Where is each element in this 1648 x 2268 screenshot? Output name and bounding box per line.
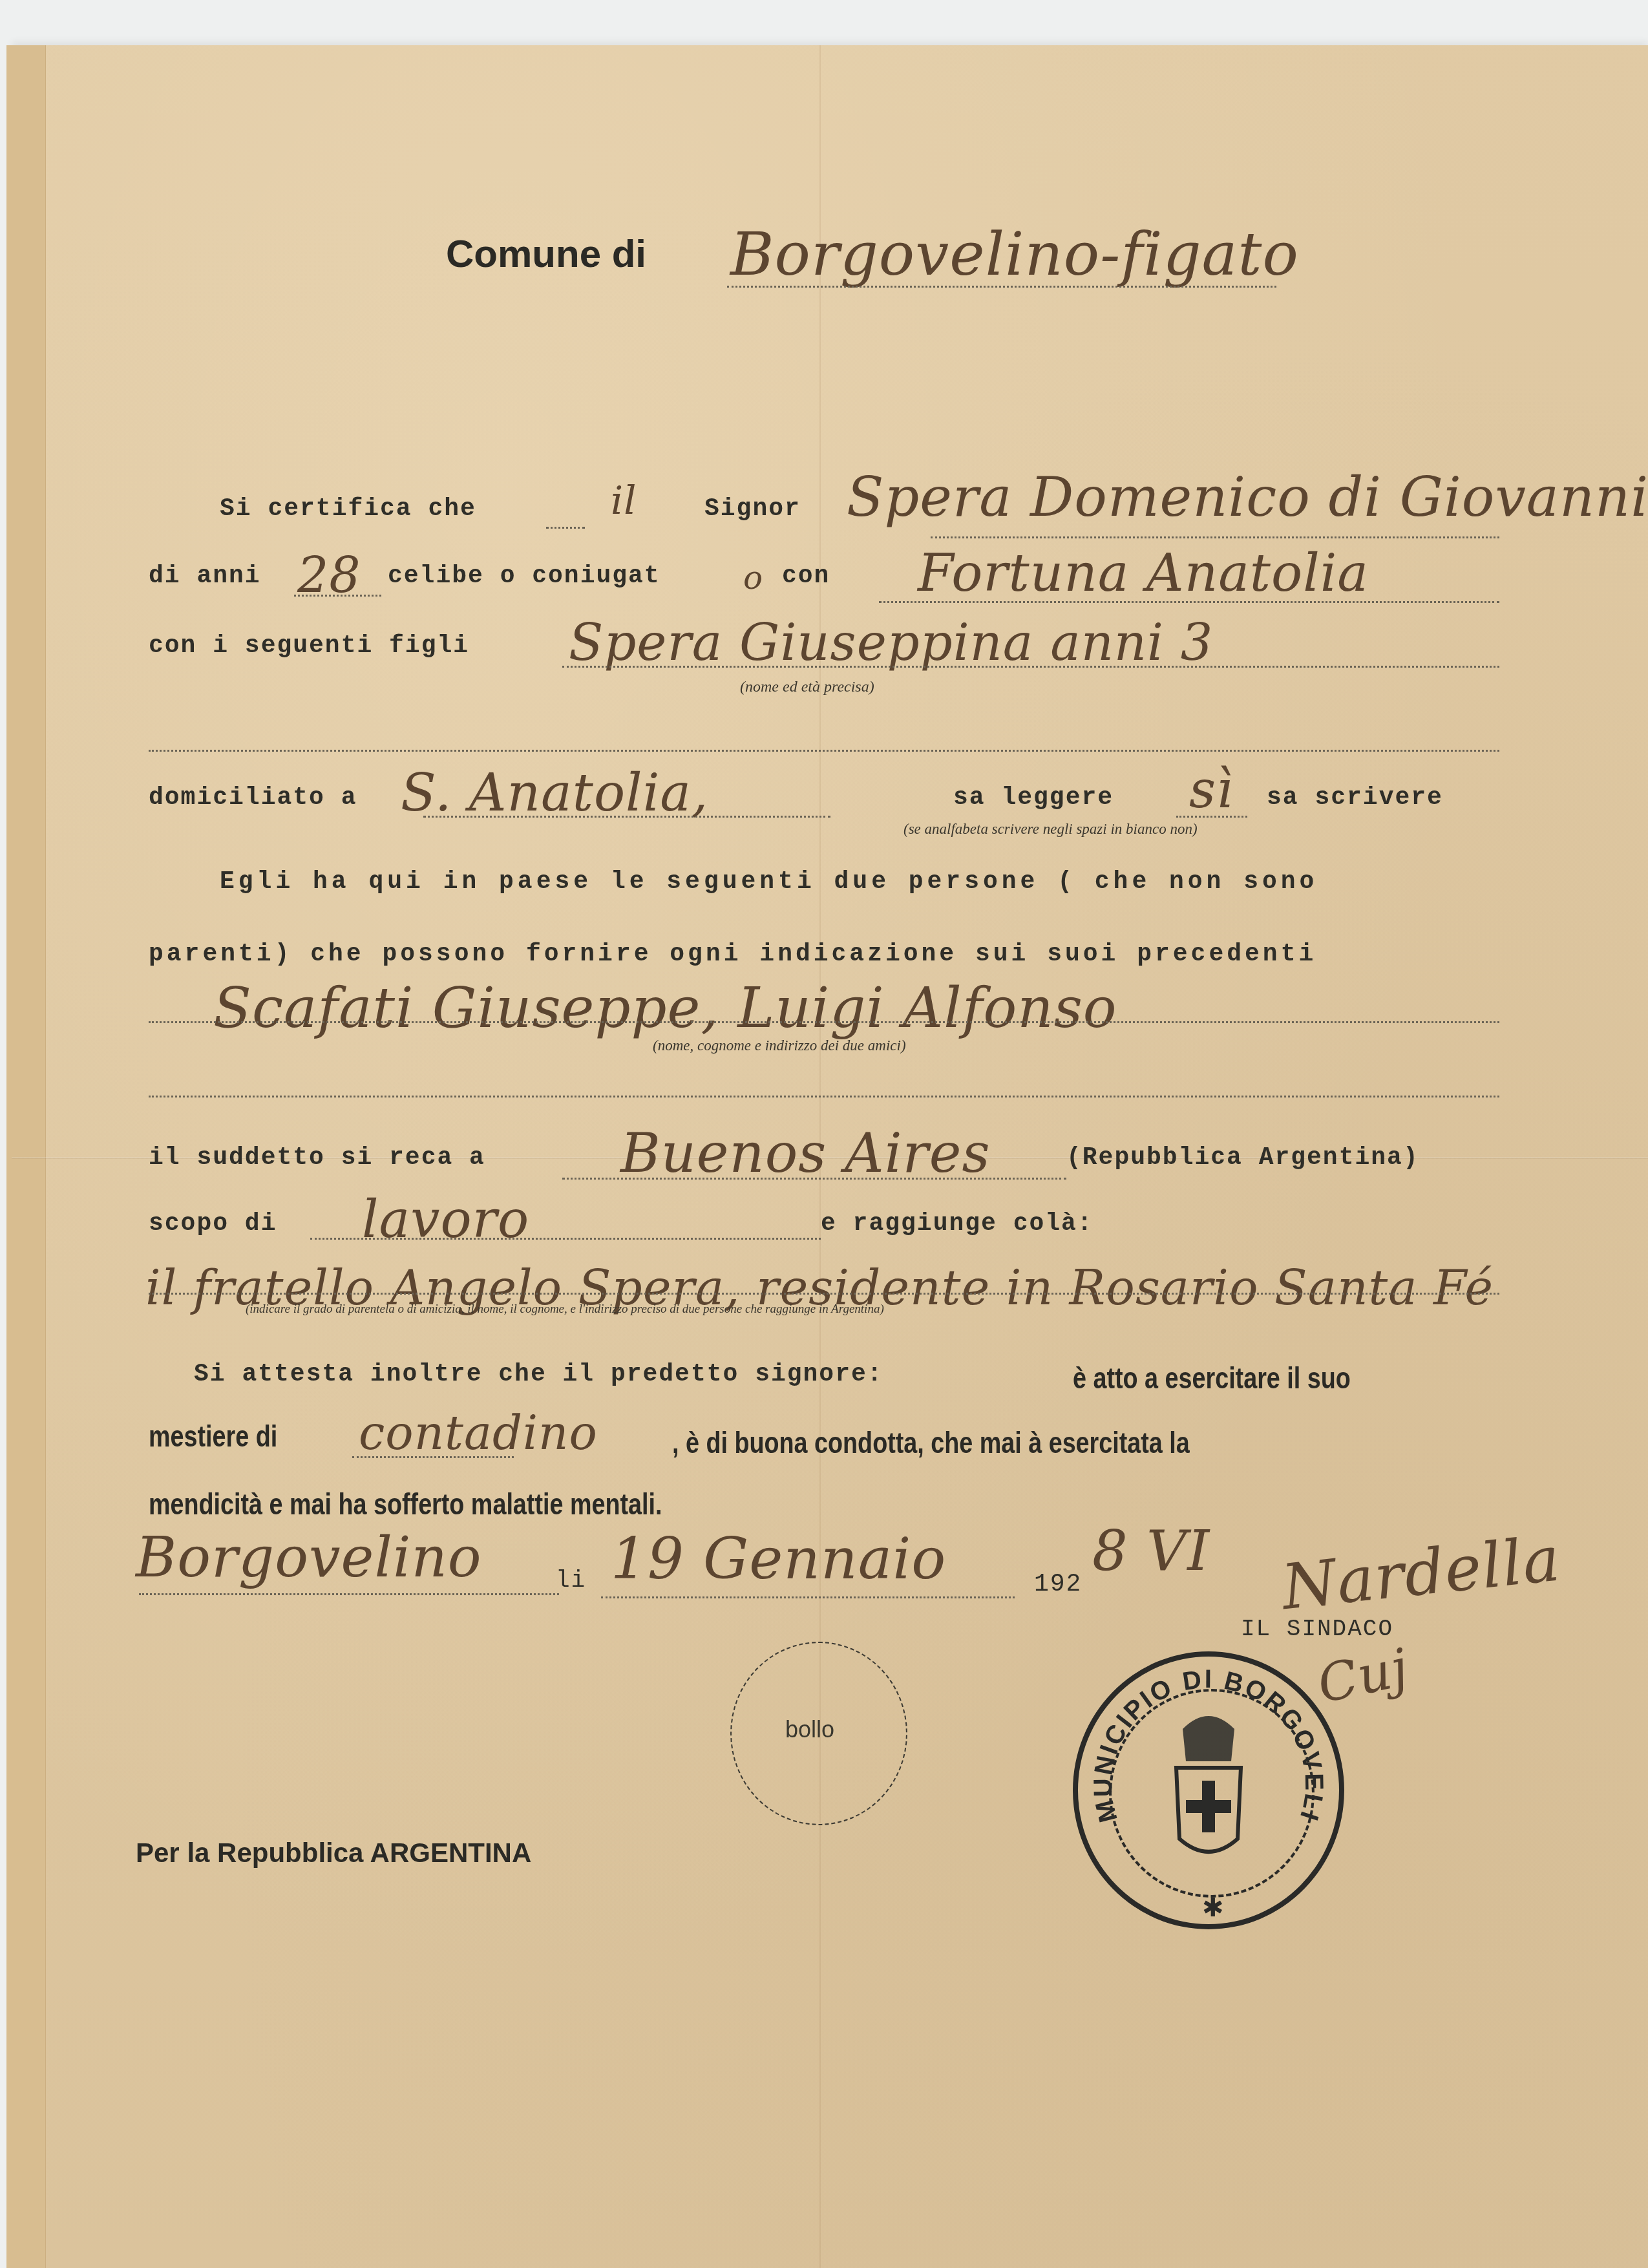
para1-line1: Egli ha qui in paese le seguenti due per… xyxy=(220,868,1318,896)
year-printed: 192 xyxy=(1034,1571,1082,1598)
dotted-line xyxy=(310,1238,821,1240)
purpose-handwritten: lavoro xyxy=(362,1189,529,1249)
para2-line2-printed-b: , è di buona condotta, che mai à esercit… xyxy=(672,1425,1190,1460)
line4-printed-a: domiciliato a xyxy=(149,784,357,812)
line6-printed-a: il suddetto si reca a xyxy=(149,1144,485,1172)
dotted-line xyxy=(149,1021,1499,1023)
line4-printed-c: sa scrivere xyxy=(1267,784,1443,812)
para2-line3: mendicità e mai ha sofferto malattie men… xyxy=(149,1487,662,1521)
can-read-handwritten: sì xyxy=(1189,759,1234,820)
line1-printed-a: Si certifica che xyxy=(220,495,476,523)
header-printed: Comune di xyxy=(446,231,646,276)
line2-printed-a: di anni xyxy=(149,562,261,590)
para2-line1-bold: è atto a esercitare il suo xyxy=(1073,1361,1351,1395)
dotted-line xyxy=(1176,816,1247,818)
line7-printed-b: e raggiunge colà: xyxy=(821,1210,1093,1238)
para1-line2: parenti) che possono fornire ogni indica… xyxy=(149,940,1316,968)
dotted-line xyxy=(149,1096,1499,1097)
dotted-line xyxy=(601,1596,1015,1598)
line2-handwritten-suffix: o xyxy=(743,559,763,597)
line1-handwritten-article: il xyxy=(611,478,637,524)
line4-hint: (se analfabeta scrivere negli spazi in b… xyxy=(903,821,1198,838)
line5-hint: (nome, cognome e indirizzo dei due amici… xyxy=(653,1037,906,1054)
line2-printed-b: celibe o coniugat xyxy=(388,562,660,590)
address-handwritten: S. Anatolia, xyxy=(401,763,708,823)
bollo-label: bollo xyxy=(785,1716,834,1743)
friends-handwritten: Scafati Giuseppe, Luigi Alfonso xyxy=(213,976,1117,1041)
line2-printed-c: con xyxy=(782,562,830,590)
dotted-line xyxy=(149,1293,1499,1295)
footer-destination: Per la Repubblica ARGENTINA xyxy=(136,1838,531,1869)
line8-hint: (indicare il grado di parentela o di ami… xyxy=(246,1302,884,1317)
dotted-line xyxy=(294,595,381,597)
line6-printed-b: (Repubblica Argentina) xyxy=(1066,1144,1419,1172)
line3-printed: con i seguenti figli xyxy=(149,632,469,660)
dotted-line xyxy=(423,816,830,818)
dotted-line xyxy=(352,1456,514,1458)
date-handwritten: 19 Gennaio xyxy=(611,1525,946,1592)
line7-printed-a: scopo di xyxy=(149,1210,277,1238)
seal-coat-of-arms-icon: MUNICIPIO DI BORGOVELINO-FIGATO ✱ xyxy=(1073,1651,1344,1929)
header-municipality-handwritten: Borgovelino-figato xyxy=(730,220,1299,289)
applicant-name-handwritten: Spera Domenico di Giovanni xyxy=(847,465,1648,529)
header-dotted-line xyxy=(727,286,1276,288)
line4-printed-b: sa leggere xyxy=(953,784,1114,812)
destination-handwritten: Buenos Aires xyxy=(620,1121,991,1185)
line1-printed-b: Signor xyxy=(704,495,801,523)
year-handwritten: 8 VI xyxy=(1092,1519,1210,1584)
place-handwritten: Borgovelino xyxy=(136,1525,482,1590)
dotted-line xyxy=(562,666,1499,668)
dotted-line xyxy=(931,536,1499,538)
para2-line1-mono: Si attesta inoltre che il predetto signo… xyxy=(194,1361,883,1388)
municipal-seal: MUNICIPIO DI BORGOVELINO-FIGATO ✱ xyxy=(1073,1651,1344,1929)
line3-hint: (nome ed età precisa) xyxy=(740,679,874,696)
children-handwritten: Spera Giuseppina anni 3 xyxy=(569,614,1213,672)
dotted-line xyxy=(149,750,1499,752)
dotted-line xyxy=(546,527,585,529)
svg-text:✱: ✱ xyxy=(1202,1893,1224,1923)
dotted-line xyxy=(879,601,1499,603)
dotted-line xyxy=(562,1178,1066,1180)
date-li: li xyxy=(556,1567,586,1594)
dotted-line xyxy=(139,1593,559,1595)
trade-handwritten: contadino xyxy=(359,1406,598,1460)
spouse-name-handwritten: Fortuna Anatolia xyxy=(918,543,1369,603)
para2-line2-printed-a: mestiere di xyxy=(149,1419,277,1454)
